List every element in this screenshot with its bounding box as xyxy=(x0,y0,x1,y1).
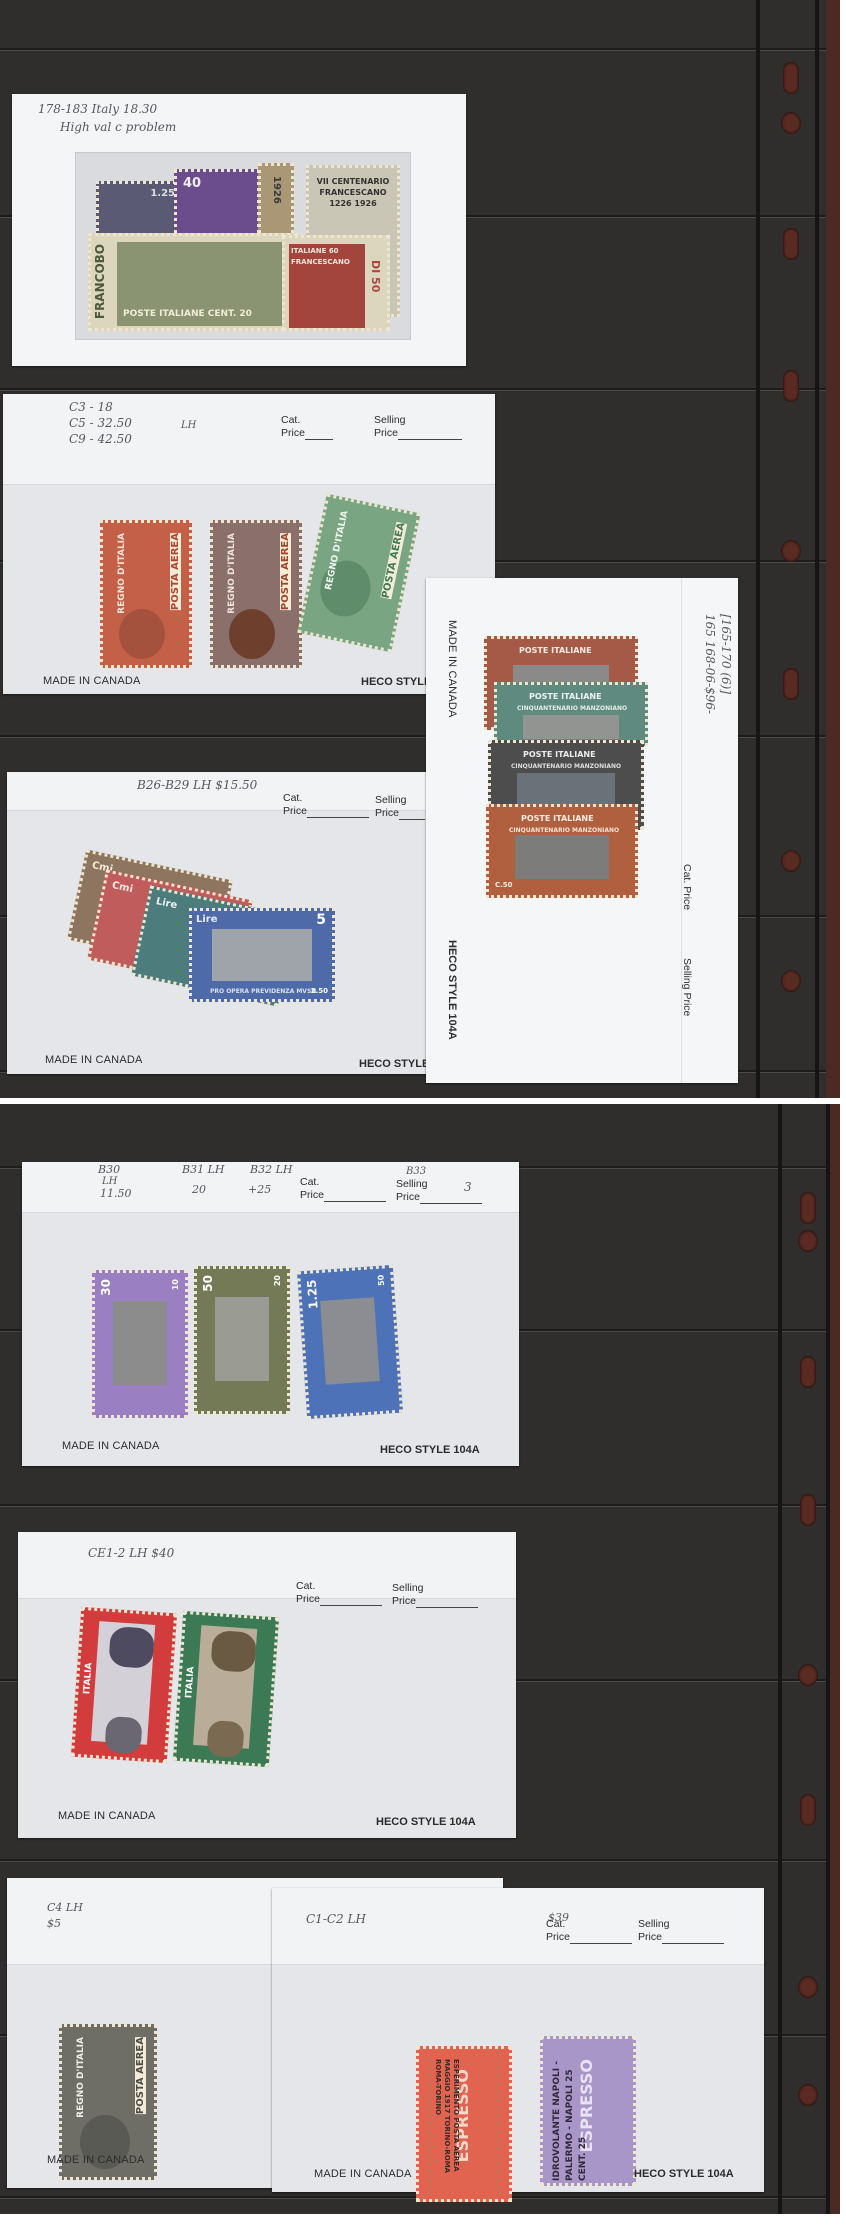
cat-price-label: Cat.Price xyxy=(300,1176,386,1202)
strip-rail xyxy=(756,0,760,1098)
cat-price-label: Cat.Price xyxy=(546,1918,632,1944)
stamp[interactable]: 1.25 50 xyxy=(297,1265,403,1419)
cat-price-label: Cat.Price xyxy=(281,414,333,440)
stock-card-7b[interactable]: C1-C2 LH $39 Cat.Price SellingPrice ESPR… xyxy=(272,1888,764,2192)
pocket-divider xyxy=(0,388,826,390)
glassine-sleeve: 1.25 40 1926 VII CENTENARIO FRANCESCANO … xyxy=(75,152,411,340)
stamp[interactable]: FRANCOBO POSTE ITALIANE CENT. 20 xyxy=(88,233,298,331)
binder-hole-icon xyxy=(798,1664,818,1686)
card-note: B32 LH xyxy=(250,1162,292,1177)
stock-card-1[interactable]: 178-183 Italy 18.30 High val c problem 1… xyxy=(12,94,466,366)
made-in-canada-label: MADE IN CANADA xyxy=(314,2168,412,2180)
selling-price-label: SellingPrice xyxy=(375,794,425,820)
card-note: 11.50 xyxy=(100,1186,132,1201)
pocket-divider xyxy=(0,1504,826,1506)
heco-style-label: HECO STYLE 104A xyxy=(446,940,458,1040)
stamp[interactable]: ESPRESSO ESPERIMENTO POSTA AEREA MAGGIO … xyxy=(416,2046,512,2202)
made-in-canada-label: MADE IN CANADA xyxy=(45,1054,143,1066)
binder-hole-icon xyxy=(800,1356,816,1388)
stock-card-3[interactable]: MADE IN CANADA HECO STYLE 104A Cat. Pric… xyxy=(426,578,738,1083)
card-note: C1-C2 LH xyxy=(306,1912,366,1927)
pocket-divider xyxy=(0,2196,826,2198)
pocket-divider xyxy=(0,1859,826,1861)
card-note: 20 xyxy=(192,1182,206,1197)
card-note: High val c problem xyxy=(60,120,176,135)
stamp[interactable]: ESPRESSO IDROVOLANTE NAPOLI - PALERMO - … xyxy=(540,2036,636,2186)
strip-rail xyxy=(778,1104,782,2214)
binder-hole-icon xyxy=(781,540,801,562)
binder-hole-icon xyxy=(783,62,799,94)
heco-style-label: HECO STYLE 104A xyxy=(380,1444,480,1456)
made-in-canada-label: MADE IN CANADA xyxy=(58,1810,156,1822)
binder-hole-icon xyxy=(781,112,801,134)
card-note: 178-183 Italy 18.30 xyxy=(38,102,157,117)
selling-price-label: SellingPrice xyxy=(396,1178,482,1204)
made-in-canada-label: MADE IN CANADA xyxy=(47,2154,145,2166)
binder-hole-icon xyxy=(781,970,801,992)
made-in-canada-label: MADE IN CANADA xyxy=(43,675,141,687)
strip-rail xyxy=(815,0,819,1098)
stock-card-2[interactable]: C3 - 18 C5 - 32.50 C9 - 42.50 LH Cat.Pri… xyxy=(3,394,495,694)
cat-price-label: Cat.Price xyxy=(296,1580,382,1606)
made-in-canada-label: MADE IN CANADA xyxy=(62,1440,160,1452)
stamp[interactable]: ITALIA xyxy=(71,1607,177,1763)
card-note: B33 xyxy=(406,1164,426,1179)
stock-card-6[interactable]: CE1-2 LH $40 Cat.Price SellingPrice ITAL… xyxy=(18,1532,516,1838)
stamp[interactable]: POSTE ITALIANE CINQUANTENARIO MANZONIANO xyxy=(494,682,648,746)
binder-hole-icon xyxy=(800,1192,816,1224)
selling-price-label: Selling Price xyxy=(680,958,693,1038)
card-note: CE1-2 LH $40 xyxy=(88,1546,174,1561)
card-note: B26-B29 LH $15.50 xyxy=(137,778,257,793)
card-note: C3 - 18 xyxy=(69,400,113,415)
stamp[interactable]: REGNO D'ITALIA POSTA AEREA xyxy=(210,520,302,668)
stamp[interactable]: 30 10 xyxy=(92,1270,188,1418)
card-note: C5 - 32.50 xyxy=(69,416,132,431)
selling-price-label: SellingPrice xyxy=(374,414,462,440)
selling-price-label: SellingPrice xyxy=(392,1582,478,1608)
stock-card-4[interactable]: B26-B29 LH $15.50 Cat.Price SellingPrice… xyxy=(7,772,437,1074)
heco-style-label: HECO STYLE 104A xyxy=(376,1816,476,1828)
card-note: B31 LH xyxy=(182,1162,224,1177)
made-in-canada-label: MADE IN CANADA xyxy=(446,620,458,718)
strip-rail xyxy=(826,1104,830,2214)
heco-style-label: HECO STYLE 104A xyxy=(634,2168,734,2180)
binder-hole-icon xyxy=(798,1230,818,1252)
binder-hole-icon xyxy=(798,1976,818,1998)
card-note: LH xyxy=(181,418,196,433)
binder-hole-icon xyxy=(783,668,799,700)
card-note: 165 168-06-$96- xyxy=(702,614,717,714)
stamp[interactable]: ITALIANE 60 FRANCESCANO DI 50 xyxy=(282,235,390,331)
pocket-divider xyxy=(0,48,826,50)
binder-hole-icon xyxy=(798,2084,818,2106)
stock-card-5[interactable]: B30 LH 11.50 B31 LH 20 B32 LH +25 B33 3 … xyxy=(22,1162,519,1466)
cat-price-label: Cat. Price xyxy=(680,864,693,944)
heco-style-label: HECO STYLE xyxy=(359,1058,429,1070)
heco-style-label: HECO STYLE xyxy=(361,676,431,688)
binder-hole-icon xyxy=(783,370,799,402)
stamp[interactable]: REGNO D'ITALIA POSTA AEREA xyxy=(100,520,192,668)
binder-hole-icon xyxy=(783,228,799,260)
card-note: C9 - 42.50 xyxy=(69,432,132,447)
card-note: [165-170 (6)] xyxy=(718,614,733,694)
card-note: $5 xyxy=(47,1916,61,1931)
stamp[interactable]: Lire 5 PRO OPERA PREVIDENZA MVSN 2.50 xyxy=(189,908,335,1002)
binder-hole-icon xyxy=(800,1794,816,1826)
stamp[interactable]: ITALIA xyxy=(173,1611,279,1767)
selling-price-label: SellingPrice xyxy=(638,1918,724,1944)
cat-price-label: Cat.Price xyxy=(283,792,369,818)
binder-hole-icon xyxy=(781,850,801,872)
card-note: C4 LH xyxy=(47,1900,83,1915)
stamp[interactable]: POSTE ITALIANE CINQUANTENARIO MANZONIANO… xyxy=(486,804,638,898)
page-edge xyxy=(826,0,840,1098)
binder-hole-icon xyxy=(800,1494,816,1526)
card-note: +25 xyxy=(248,1182,271,1197)
stamp[interactable]: 50 20 xyxy=(194,1266,290,1414)
